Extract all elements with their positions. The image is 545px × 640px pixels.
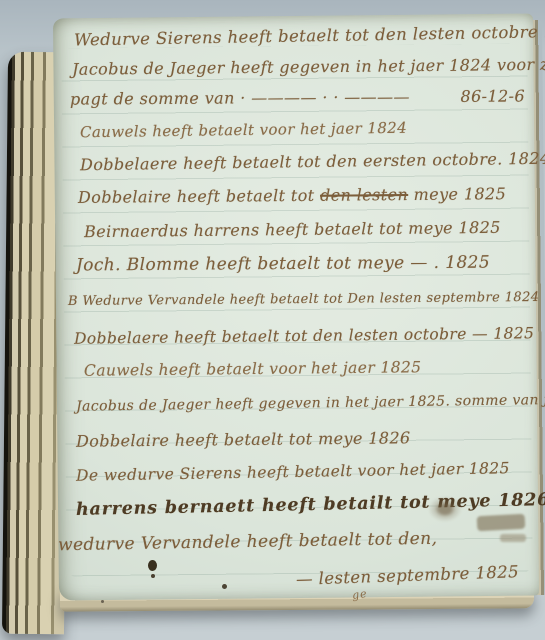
photo-of-manuscript: Wedurve Sierens heeft betaelt tot den le… (0, 0, 545, 640)
ink-stain (428, 496, 462, 522)
ink-blot (101, 600, 104, 603)
ink-blot (222, 584, 227, 589)
ink-blot (148, 560, 157, 571)
ledger-line: pagt de somme van · ———— · · ———— 86-12-… (70, 86, 525, 108)
struck-words: den lesten (320, 185, 408, 205)
flourish-scribble: ge (351, 587, 368, 602)
ink-smudge (477, 514, 526, 531)
ink-smudge (500, 534, 526, 542)
ledger-amount: 86-12-6 (460, 86, 525, 105)
ledger-line: Dobbelaire heeft betaelt tot meye 1826 (76, 428, 411, 451)
ledger-line-text: Dobbelaire heeft betaelt tot (78, 186, 320, 207)
ink-blot (151, 574, 155, 578)
ledger-line: Cauwels heeft betaelt voor het jaer 1825 (84, 358, 422, 380)
ledger-line: Dobbelaire heeft betaelt tot den lesten … (78, 184, 506, 207)
ledger-line-text: pagt de somme van · ———— · · ———— (70, 87, 410, 108)
ledger-line-text: meye 1825 (408, 184, 506, 204)
ledger-line: Joch. Blomme heeft betaelt tot meye — . … (76, 253, 490, 276)
